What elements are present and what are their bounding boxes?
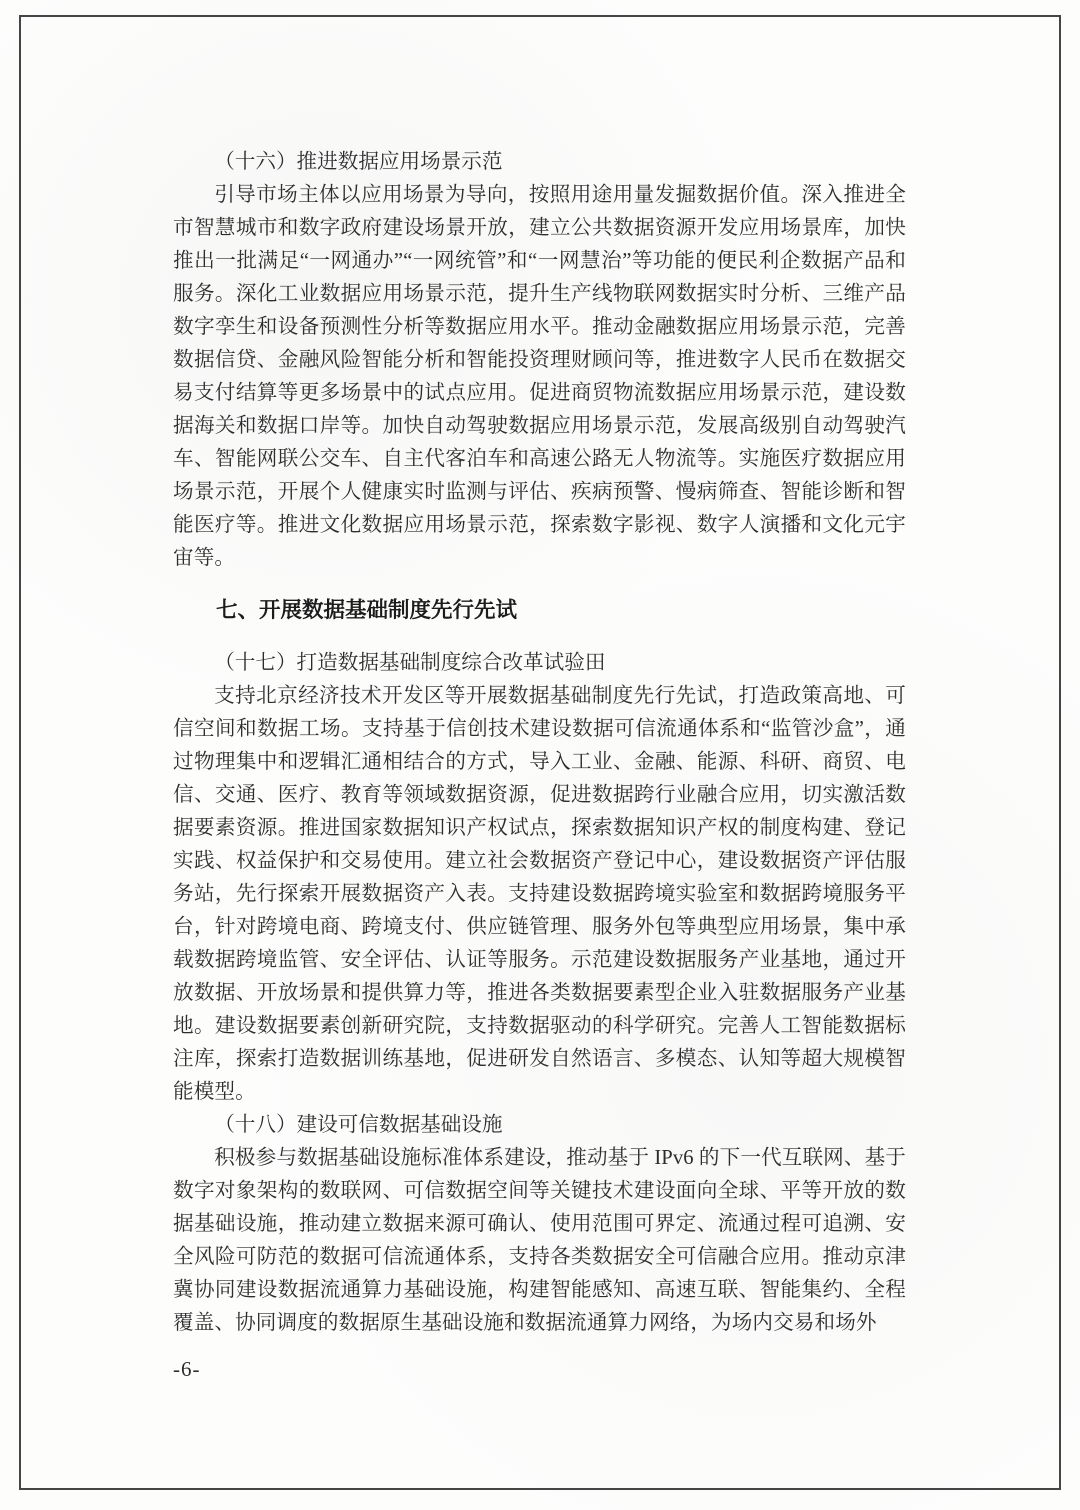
chapter-heading-7: 七、开展数据基础制度先行先试 <box>173 594 906 627</box>
section-heading-16: （十六）推进数据应用场景示范 <box>173 146 906 179</box>
section-16-paragraph: 引导市场主体以应用场景为导向，按照用途用量发掘数据价值。深入推进全市智慧城市和数… <box>173 179 906 575</box>
section-18-paragraph: 积极参与数据基础设施标准体系建设，推动基于 IPv6 的下一代互联网、基于数字对… <box>173 1142 906 1340</box>
section-heading-18: （十八）建设可信数据基础设施 <box>173 1109 906 1142</box>
document-body: （十六）推进数据应用场景示范 引导市场主体以应用场景为导向，按照用途用量发掘数据… <box>173 146 906 1386</box>
page-number: -6- <box>173 1353 906 1386</box>
section-17-paragraph: 支持北京经济技术开发区等开展数据基础制度先行先试，打造政策高地、可信空间和数据工… <box>173 680 906 1109</box>
section-heading-17: （十七）打造数据基础制度综合改革试验田 <box>173 647 906 680</box>
